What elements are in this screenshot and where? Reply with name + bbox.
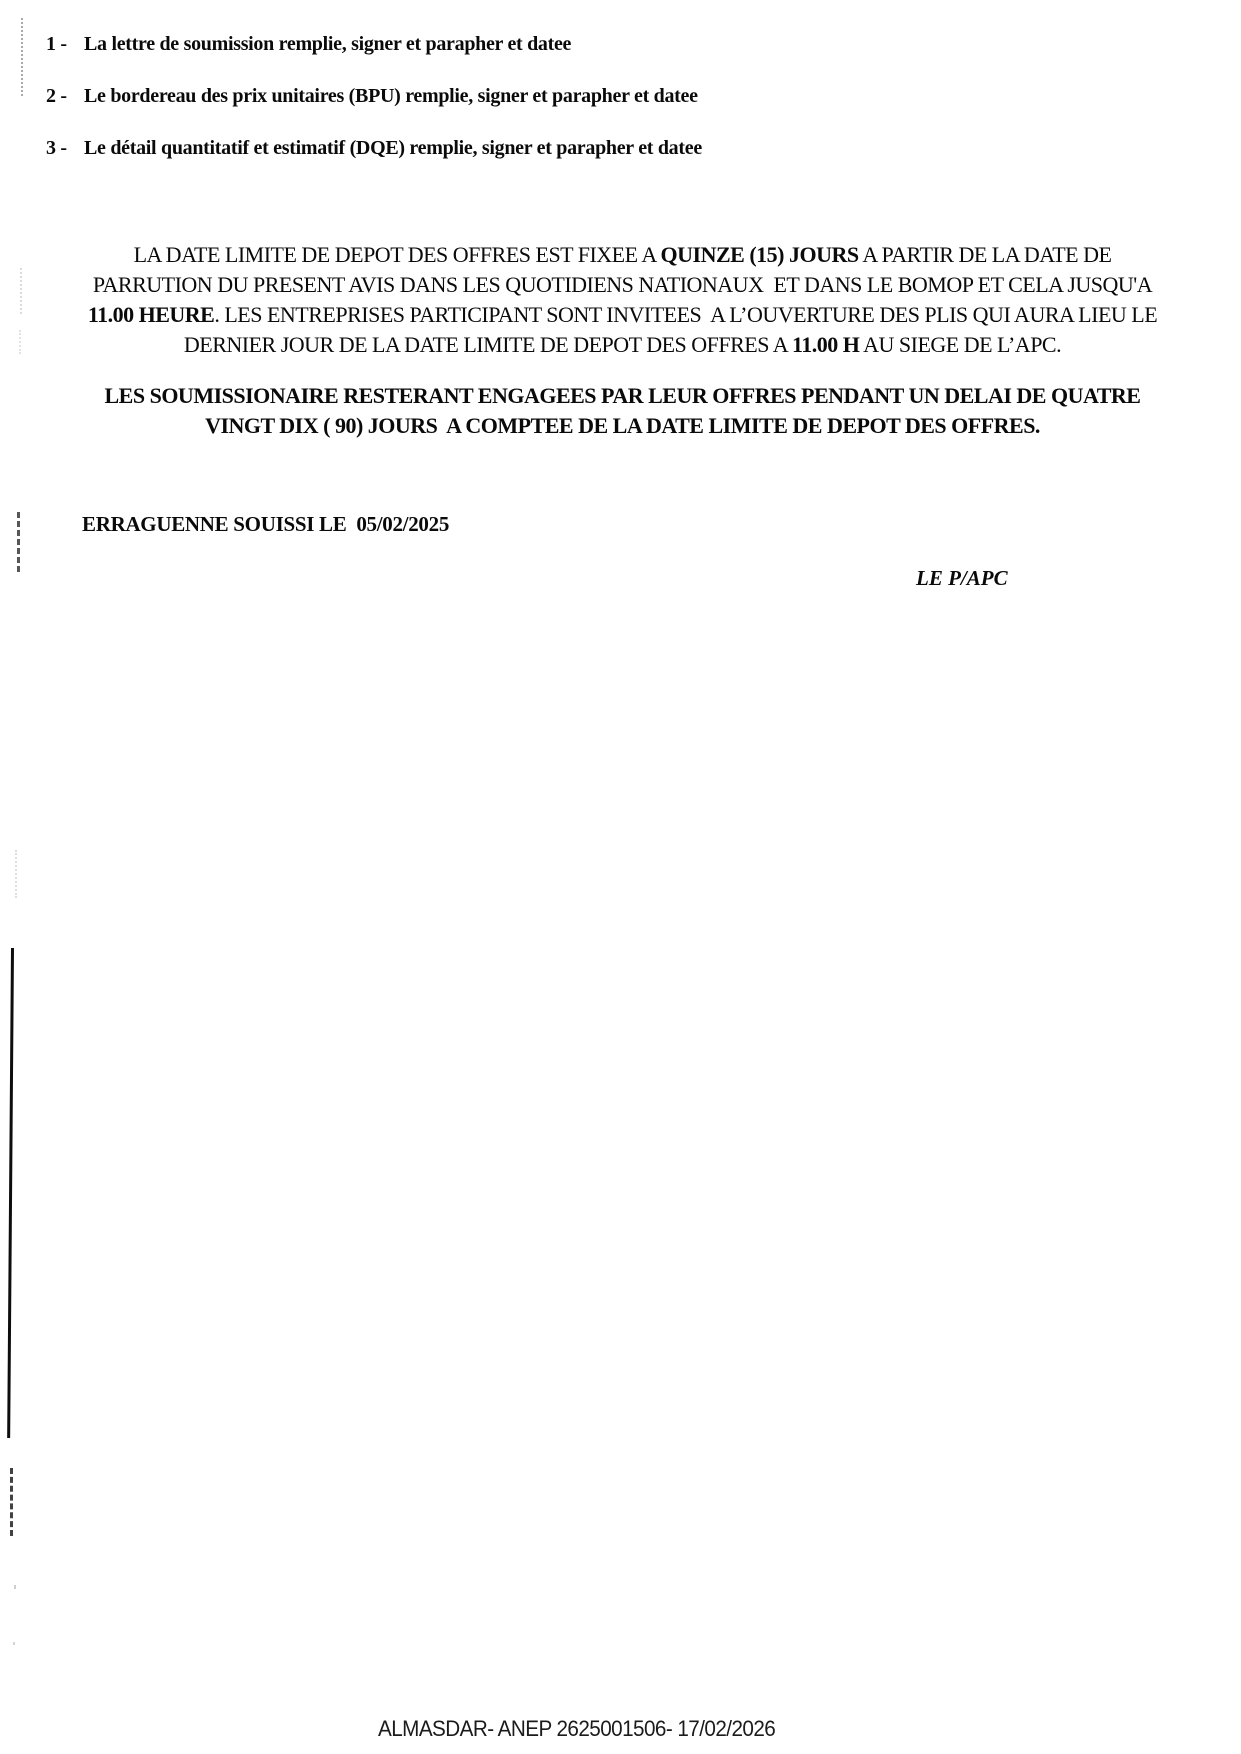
text-line: PARRUTION DU PRESENT AVIS DANS LES QUOTI… <box>40 270 1205 300</box>
signature-place-date: ERRAGUENNE SOUISSI LE 05/02/2025 <box>82 512 449 537</box>
list-item-text: Le bordereau des prix unitaires (BPU) re… <box>84 84 698 108</box>
text-segment: DERNIER JOUR DE LA DATE LIMITE DE DEPOT … <box>184 332 792 357</box>
list-item-text: La lettre de soumission remplie, signer … <box>84 32 571 56</box>
scan-artifact-dots <box>19 330 21 354</box>
engagement-paragraph: LES SOUMISSIONAIRE RESTERANT ENGAGEES PA… <box>40 381 1205 441</box>
document-page: 1 - La lettre de soumission remplie, sig… <box>0 0 1241 1754</box>
signature-title: LE P/APC <box>916 566 1008 591</box>
list-item-number: 1 - <box>46 32 84 56</box>
publication-footer: ALMASDAR- ANEP 2625001506- 17/02/2026 <box>378 1716 775 1742</box>
scan-artifact-dots <box>20 268 22 314</box>
emphasized-text: 11.00 HEURE <box>88 302 215 327</box>
scan-artifact-dots <box>15 850 17 898</box>
scan-artifact-dotted-line <box>21 18 23 96</box>
text-line: VINGT DIX ( 90) JOURS A COMPTEE DE LA DA… <box>40 411 1205 441</box>
text-segment: AU SIEGE DE L’APC. <box>859 332 1061 357</box>
text-line: 11.00 HEURE. LES ENTREPRISES PARTICIPANT… <box>40 300 1205 330</box>
list-item-text: Le détail quantitatif et estimatif (DQE)… <box>84 136 702 160</box>
text-segment: A PARTIR DE LA DATE DE <box>859 242 1112 267</box>
scan-artifact-speck <box>13 1642 15 1645</box>
emphasized-text: QUINZE (15) JOURS <box>661 242 859 267</box>
emphasized-text: LES SOUMISSIONAIRE RESTERANT ENGAGEES PA… <box>105 383 1141 408</box>
text-segment: PARRUTION DU PRESENT AVIS DANS LES QUOTI… <box>93 272 1152 297</box>
text-line: LES SOUMISSIONAIRE RESTERANT ENGAGEES PA… <box>40 381 1205 411</box>
list-item: 1 - La lettre de soumission remplie, sig… <box>46 32 702 56</box>
list-item-number: 2 - <box>46 84 84 108</box>
text-segment: LA DATE LIMITE DE DEPOT DES OFFRES EST F… <box>134 242 661 267</box>
list-item-number: 3 - <box>46 136 84 160</box>
emphasized-text: 11.00 H <box>792 332 859 357</box>
scan-artifact-vertical-line <box>7 948 14 1438</box>
text-line: LA DATE LIMITE DE DEPOT DES OFFRES EST F… <box>40 240 1205 270</box>
text-segment: . LES ENTREPRISES PARTICIPANT SONT INVIT… <box>214 302 1157 327</box>
list-item: 2 - Le bordereau des prix unitaires (BPU… <box>46 84 702 108</box>
scan-artifact-dashes <box>10 1468 13 1536</box>
scan-artifact-speck <box>14 1585 16 1589</box>
text-line: DERNIER JOUR DE LA DATE LIMITE DE DEPOT … <box>40 330 1205 360</box>
list-item: 3 - Le détail quantitatif et estimatif (… <box>46 136 702 160</box>
emphasized-text: VINGT DIX ( 90) JOURS A COMPTEE DE LA DA… <box>205 413 1040 438</box>
required-documents-list: 1 - La lettre de soumission remplie, sig… <box>46 32 702 188</box>
scan-artifact-dashes <box>17 512 20 572</box>
deadline-paragraph: LA DATE LIMITE DE DEPOT DES OFFRES EST F… <box>40 240 1205 360</box>
